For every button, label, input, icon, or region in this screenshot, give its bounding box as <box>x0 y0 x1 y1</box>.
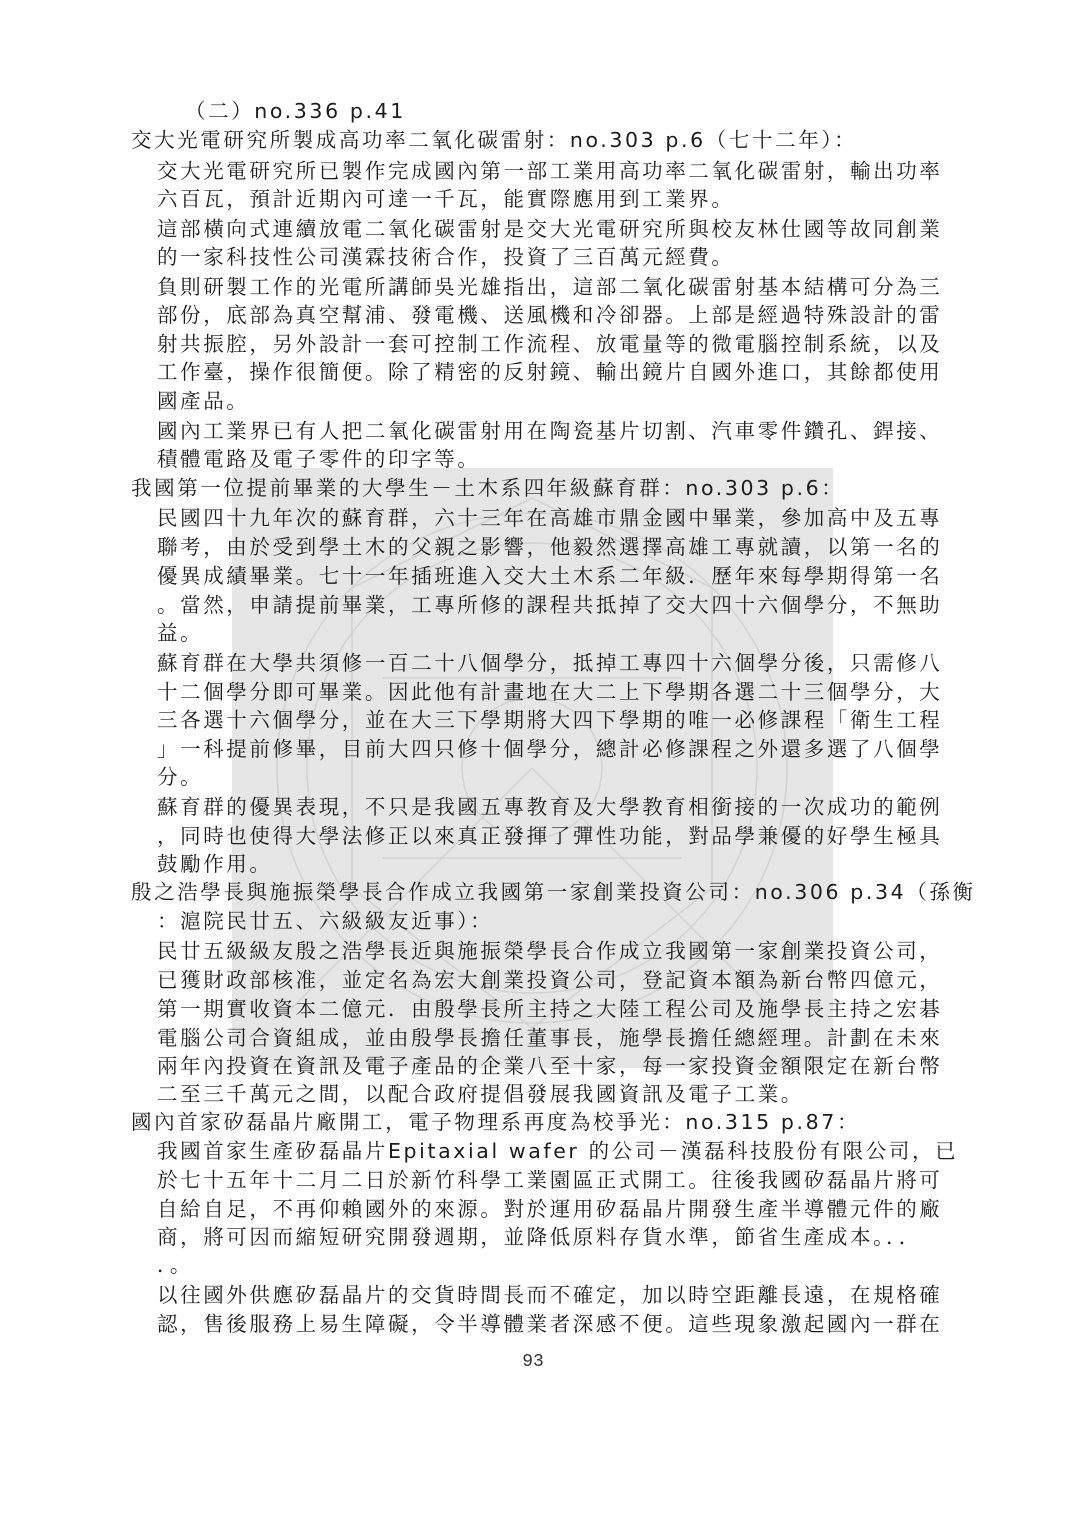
body-text-line: 以往國外供應矽磊晶片的交貨時間長而不確定，加以時空距離長遠，在規格確 <box>157 1281 942 1309</box>
body-text-line: 電腦公司合資組成，並由殷學長擔任董事長，施學長擔任總經理。計劃在未來 <box>157 1024 942 1052</box>
reference-line: （二）no.336 p.41 <box>185 97 406 125</box>
body-text-line: 這部橫向式連續放電二氧化碳雷射是交大光電研究所與校友林仕國等故同創業 <box>157 215 942 243</box>
body-text-line: ，同時也使得大學法修正以來真正發揮了彈性功能，對品學兼優的好學生極具 <box>157 822 942 850</box>
body-text-line: 」一科提前修畢，目前大四只修十個學分，總計必修課程之外還多選了八個學 <box>157 735 942 763</box>
body-text-line: ：滬院民廿五、六級級友近事）： <box>157 907 493 935</box>
body-text-line: 第一期實收資本二億元．由殷學長所主持之大陸工程公司及施學長主持之宏碁 <box>157 995 942 1023</box>
body-text-line: 的一家科技性公司漢霖技術合作，投資了三百萬元經費。 <box>157 243 735 271</box>
body-text-line: 三各選十六個學分，並在大三下學期將大四下學期的唯一必修課程「衛生工程 <box>157 706 942 734</box>
body-text-line: 部份，底部為真空幫浦、發電機、送風機和冷卻器。上部是經過特殊設計的雷 <box>157 301 942 329</box>
body-text-line: 已獲財政部核准，並定名為宏大創業投資公司，登記資本額為新台幣四億元， <box>157 966 942 994</box>
body-text-line: 民國四十九年次的蘇育群，六十三年在高雄市鼎金國中畢業，參加高中及五專 <box>157 504 942 532</box>
body-text-line: 國產品。 <box>157 387 249 415</box>
body-text-line: 商，將可因而縮短研究開發週期，並降低原料存貨水準，節省生產成本。．． <box>157 1223 922 1251</box>
body-text-line: 積體電路及電子零件的印字等。 <box>157 445 480 473</box>
section-heading: 國內首家矽磊晶片廠開工，電子物理系再度為校爭光：no.315 p.87： <box>131 1108 860 1136</box>
body-text-line: 負則研製工作的光電所講師吳光雄指出，這部二氧化碳雷射基本結構可分為三 <box>157 273 942 301</box>
body-text-line: 於七十五年十二月二日於新竹科學工業園區正式開工。往後我國矽磊晶片將可 <box>157 1166 942 1194</box>
body-text-line: 鼓勵作用。 <box>157 850 273 878</box>
body-text-line: 十二個學分即可畢業。因此他有計畫地在大二上下學期各選二十三個學分，大 <box>157 678 942 706</box>
body-text-line: 六百瓦，預計近期內可達一千瓦，能實際應用到工業界。 <box>157 185 735 213</box>
body-text-line: 聯考，由於受到學土木的父親之影響，他毅然選擇高雄工專就讀，以第一名的 <box>157 533 942 561</box>
section-heading: 殷之浩學長與施振榮學長合作成立我國第一家創業投資公司：no.306 p.34（孫… <box>131 878 976 906</box>
body-text-line: 益。 <box>157 619 203 647</box>
body-text-line: 優異成績畢業。七十一年插班進入交大土木系二年級．歷年來每學期得第一名 <box>157 562 942 590</box>
body-text-line: 二至三千萬元之間，以配合政府提倡發展我國資訊及電子工業。 <box>157 1080 804 1108</box>
body-text-line: 民廿五級級友殷之浩學長近與施振榮學長合作成立我國第一家創業投資公司， <box>157 937 942 965</box>
body-text-line: 國內工業界已有人把二氧化碳雷射用在陶瓷基片切割、汽車零件鑽孔、銲接、 <box>157 417 942 445</box>
body-text-line: 射共振腔，另外設計一套可控制工作流程、放電量等的微電腦控制系統，以及 <box>157 330 942 358</box>
section-heading: 交大光電研究所製成高功率二氧化碳雷射：no.303 p.6（七十二年）： <box>131 126 857 154</box>
page-number: 93 <box>0 1352 1066 1372</box>
body-text-line: 兩年內投資在資訊及電子產品的企業八至十家，每一家投資金額限定在新台幣 <box>157 1052 942 1080</box>
body-text-line: 工作臺，操作很簡便。除了精密的反射鏡、輸出鏡片自國外進口，其餘都使用 <box>157 358 942 386</box>
body-text-line: 認，售後服務上易生障礙，令半導體業者深感不便。這些現象激起國內一群在 <box>157 1310 942 1338</box>
body-text-line: 。當然，申請提前畢業，工專所修的課程共抵掉了交大四十六個學分，不無助 <box>157 591 942 619</box>
body-text-line: 蘇育群在大學共須修一百二十八個學分，抵掉工專四十六個學分後，只需修八 <box>157 649 942 677</box>
body-text-line: 蘇育群的優異表現，不只是我國五專教育及大學教育相銜接的一次成功的範例 <box>157 793 942 821</box>
body-text-line: ．。 <box>157 1251 193 1279</box>
body-text-line: 交大光電研究所已製作完成國內第一部工業用高功率二氧化碳雷射，輸出功率 <box>157 157 942 185</box>
body-text-line: 自給自足，不再仰賴國外的來源。對於運用矽磊晶片開發生產半導體元件的廠 <box>157 1195 942 1223</box>
section-heading: 我國第一位提前畢業的大學生－土木系四年級蘇育群：no.303 p.6： <box>131 474 844 502</box>
body-text-line: 我國首家生產矽磊晶片Epitaxial wafer 的公司－漢磊科技股份有限公司… <box>157 1137 958 1165</box>
body-text-line: 分。 <box>157 763 203 791</box>
